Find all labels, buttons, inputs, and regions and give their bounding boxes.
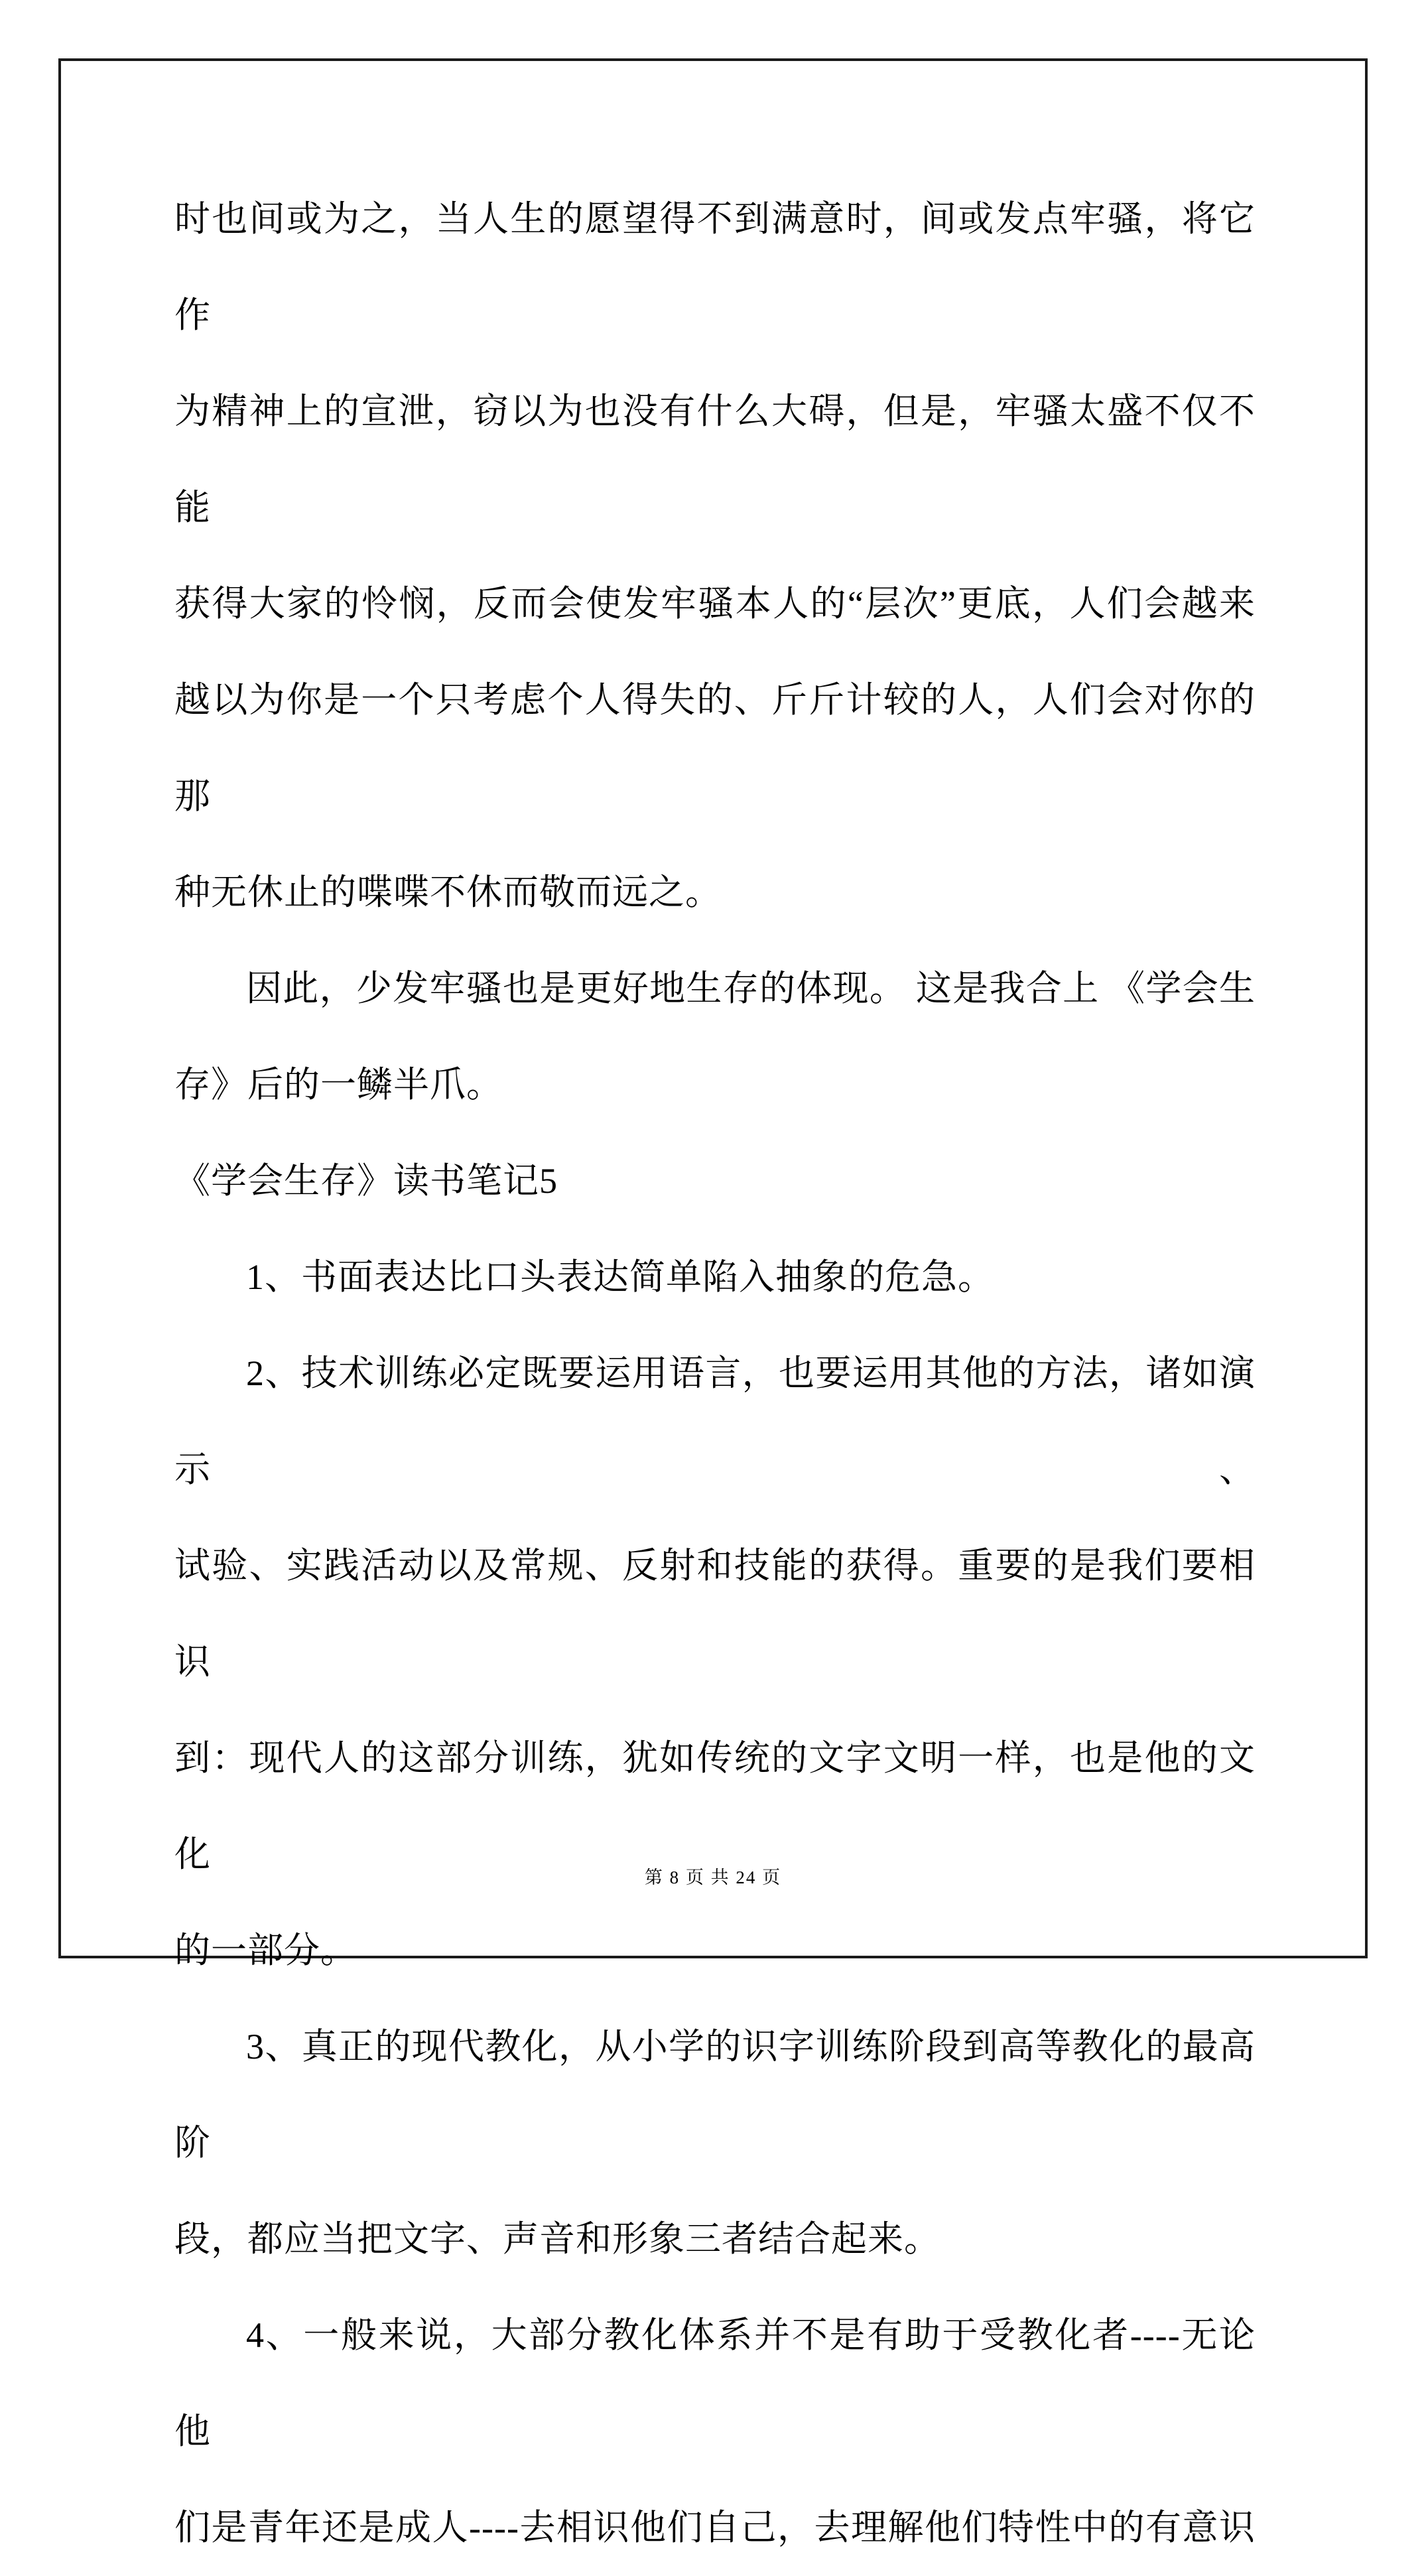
text-line: 们是青年还是成人----去相识他们自己，去理解他们特性中的有意识 xyxy=(174,2480,1256,2576)
document-body: 时也间或为之，当人生的愿望得不到满意时，间或发点牢骚，将它作为精神上的宣泄，窃以… xyxy=(174,171,1256,2576)
text-line: 1、书面表达比口头表达简单陷入抽象的危急。 xyxy=(174,1229,1256,1325)
text-line: 越以为你是一个只考虑个人得失的、斤斤计较的人，人们会对你的那 xyxy=(174,652,1256,845)
text-line: 3、真正的现代教化，从小学的识字训练阶段到高等教化的最高阶 xyxy=(174,1999,1256,2191)
page-border: 时也间或为之，当人生的愿望得不到满意时，间或发点牢骚，将它作为精神上的宣泄，窃以… xyxy=(58,58,1368,1958)
text-line: 获得大家的怜悯，反而会使发牢骚本人的“层次”更底，人们会越来 xyxy=(174,556,1256,652)
text-line: 种无休止的喋喋不休而敬而远之。 xyxy=(174,845,1256,941)
text-line: 4、一般来说，大部分教化体系并不是有助于受教化者----无论他 xyxy=(174,2287,1256,2480)
text-line: 段，都应当把文字、声音和形象三者结合起来。 xyxy=(174,2191,1256,2287)
text-line: 的一部分。 xyxy=(174,1903,1256,1999)
text-line: 为精神上的宣泄，窃以为也没有什么大碍，但是，牢骚太盛不仅不能 xyxy=(174,364,1256,556)
text-line: 存》后的一鳞半爪。 xyxy=(174,1037,1256,1133)
text-line: 时也间或为之，当人生的愿望得不到满意时，间或发点牢骚，将它作 xyxy=(174,171,1256,364)
text-line: 试验、实践活动以及常规、反射和技能的获得。重要的是我们要相识 xyxy=(174,1518,1256,1710)
text-line: 因此，少发牢骚也是更好地生存的体现。 这是我合上 《学会生 xyxy=(174,941,1256,1037)
text-line: 2、技术训练必定既要运用语言，也要运用其他的方法，诸如演示、 xyxy=(174,1325,1256,1518)
text-line: 《学会生存》读书笔记5 xyxy=(174,1133,1256,1229)
page-footer: 第 8 页 共 24 页 xyxy=(61,1863,1365,1889)
